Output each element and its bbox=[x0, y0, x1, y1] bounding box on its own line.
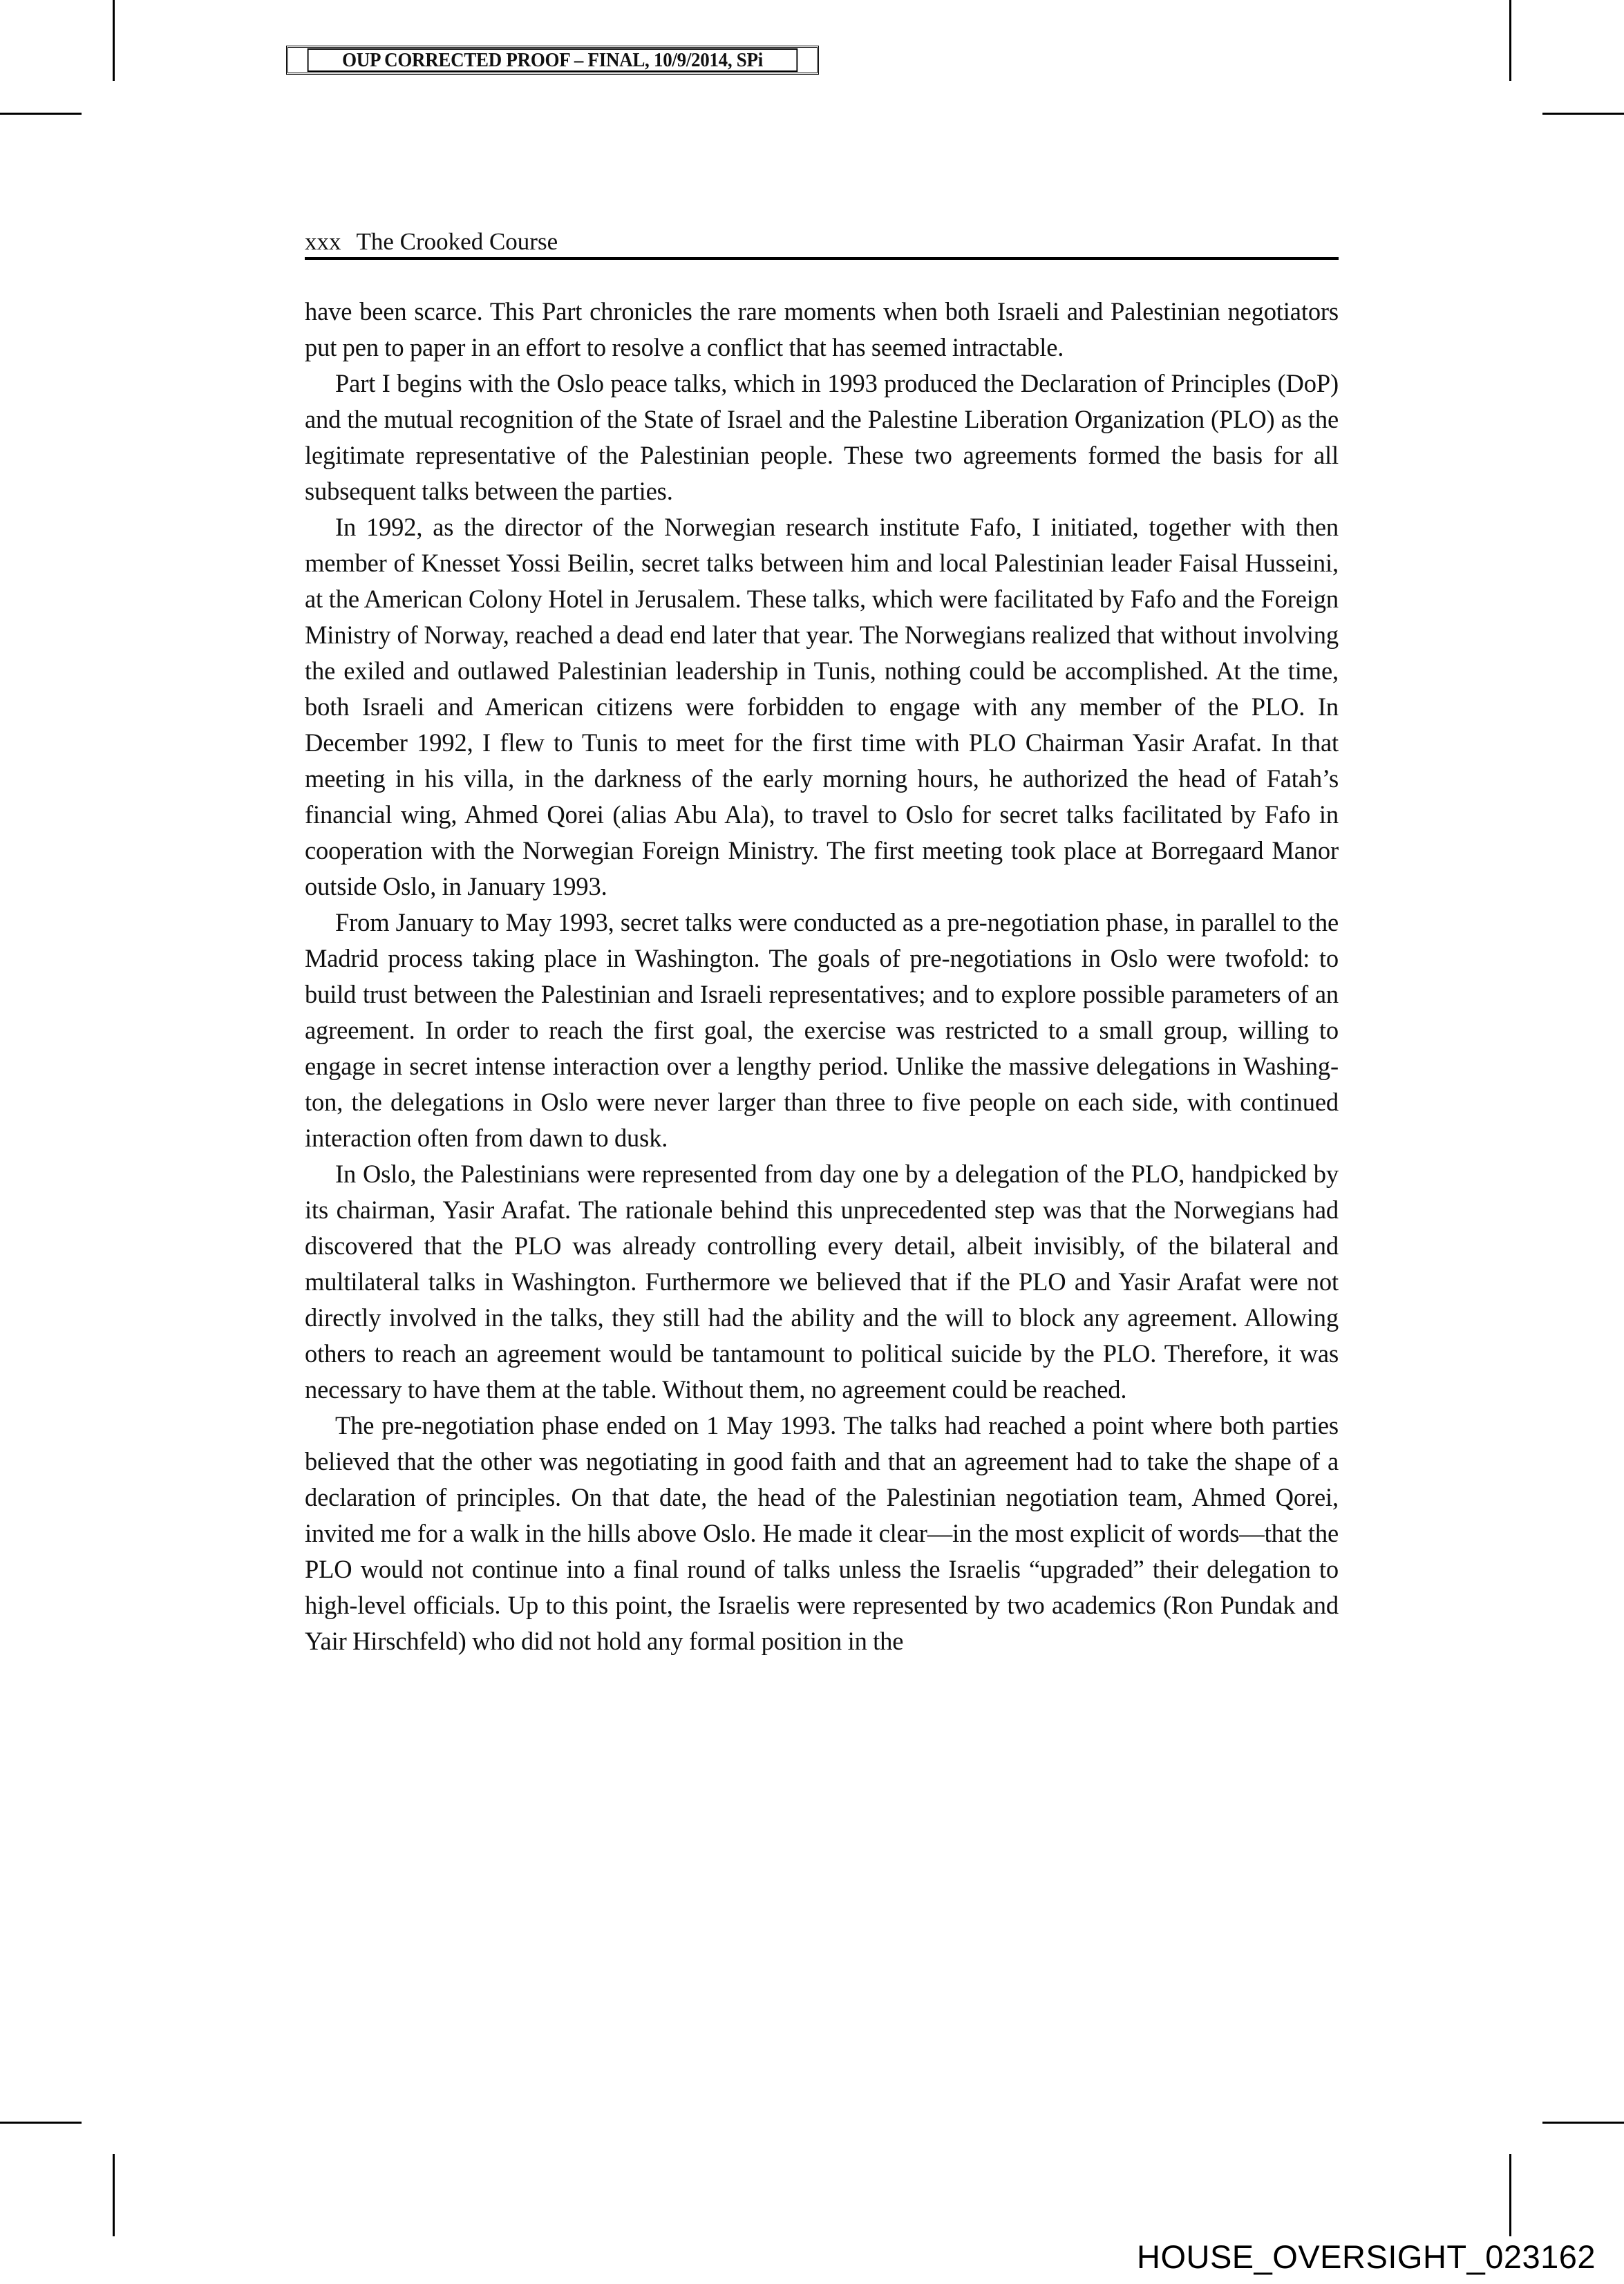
proof-stamp-label: OUP CORRECTED PROOF – FINAL, 10/9/2014, … bbox=[308, 48, 798, 72]
proof-stamp: OUP CORRECTED PROOF – FINAL, 10/9/2014, … bbox=[286, 46, 819, 75]
crop-mark-top-right-vertical bbox=[1509, 0, 1511, 81]
crop-mark-top-left-horizontal bbox=[0, 113, 82, 115]
paragraph: From January to May 1993, secret talks w… bbox=[305, 905, 1339, 1156]
crop-mark-bottom-left-vertical bbox=[113, 2154, 115, 2236]
crop-mark-bottom-right-horizontal bbox=[1542, 2122, 1624, 2124]
running-head-rule bbox=[305, 257, 1339, 260]
crop-mark-top-left-vertical bbox=[113, 0, 115, 81]
crop-mark-bottom-left-horizontal bbox=[0, 2122, 82, 2124]
paragraph: In Oslo, the Palestinians were represent… bbox=[305, 1156, 1339, 1408]
paragraph: have been scarce. This Part chronicles t… bbox=[305, 294, 1339, 366]
bates-number: HOUSE_OVERSIGHT_023162 bbox=[1137, 2238, 1596, 2276]
paragraph: Part I begins with the Oslo peace talks,… bbox=[305, 366, 1339, 509]
crop-mark-top-right-horizontal bbox=[1542, 113, 1624, 115]
body-text: have been scarce. This Part chronicles t… bbox=[305, 294, 1339, 1659]
paragraph: In 1992, as the director of the Norwegia… bbox=[305, 509, 1339, 905]
crop-mark-bottom-right-vertical bbox=[1509, 2154, 1511, 2236]
running-head: xxx The Crooked Course bbox=[305, 220, 1339, 258]
running-head-title: The Crooked Course bbox=[357, 228, 558, 256]
page-folio: xxx bbox=[305, 228, 341, 256]
paragraph: The pre-negotiation phase ended on 1 May… bbox=[305, 1408, 1339, 1659]
